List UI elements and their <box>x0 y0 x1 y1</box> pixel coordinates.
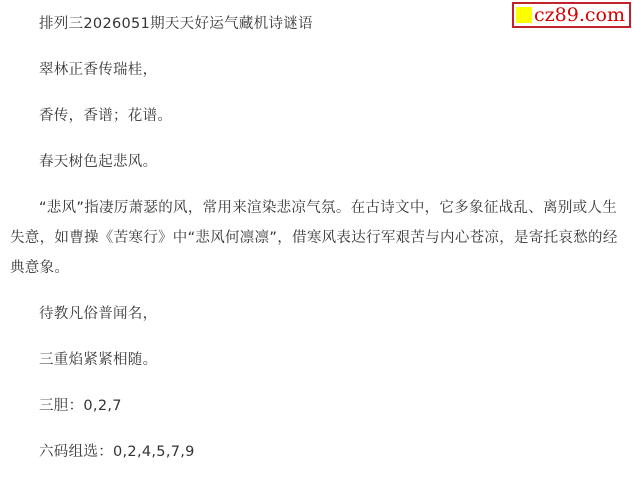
prediction-three-dan: 三胆：0,2,7 <box>10 391 622 421</box>
explanation-paragraph: “悲风”指凄厉萧瑟的风，常用来渲染悲凉气氛。在古诗文中，它多象征战乱、离别或人生… <box>10 193 622 283</box>
logo-text: cz89.com <box>534 5 625 25</box>
poem-bottom-line-2: 三重焰紧紧相随。 <box>10 345 622 375</box>
poem-top-line-1: 翠林正香传瑞桂， <box>10 55 622 85</box>
article-page: cz89.com 排列三2026051期天天好运气藏机诗谜语 翠林正香传瑞桂， … <box>0 0 632 483</box>
prediction-six-code-group: 六码组选：0,2,4,5,7,9 <box>10 437 622 467</box>
poem-top-line-3: 春天树色起悲风。 <box>10 147 622 177</box>
site-logo[interactable]: cz89.com <box>512 2 631 28</box>
poem-top-line-2: 香传，香谱；花谱。 <box>10 101 622 131</box>
logo-square-icon <box>516 7 532 23</box>
poem-bottom-line-1: 待教凡俗普闻名， <box>10 299 622 329</box>
